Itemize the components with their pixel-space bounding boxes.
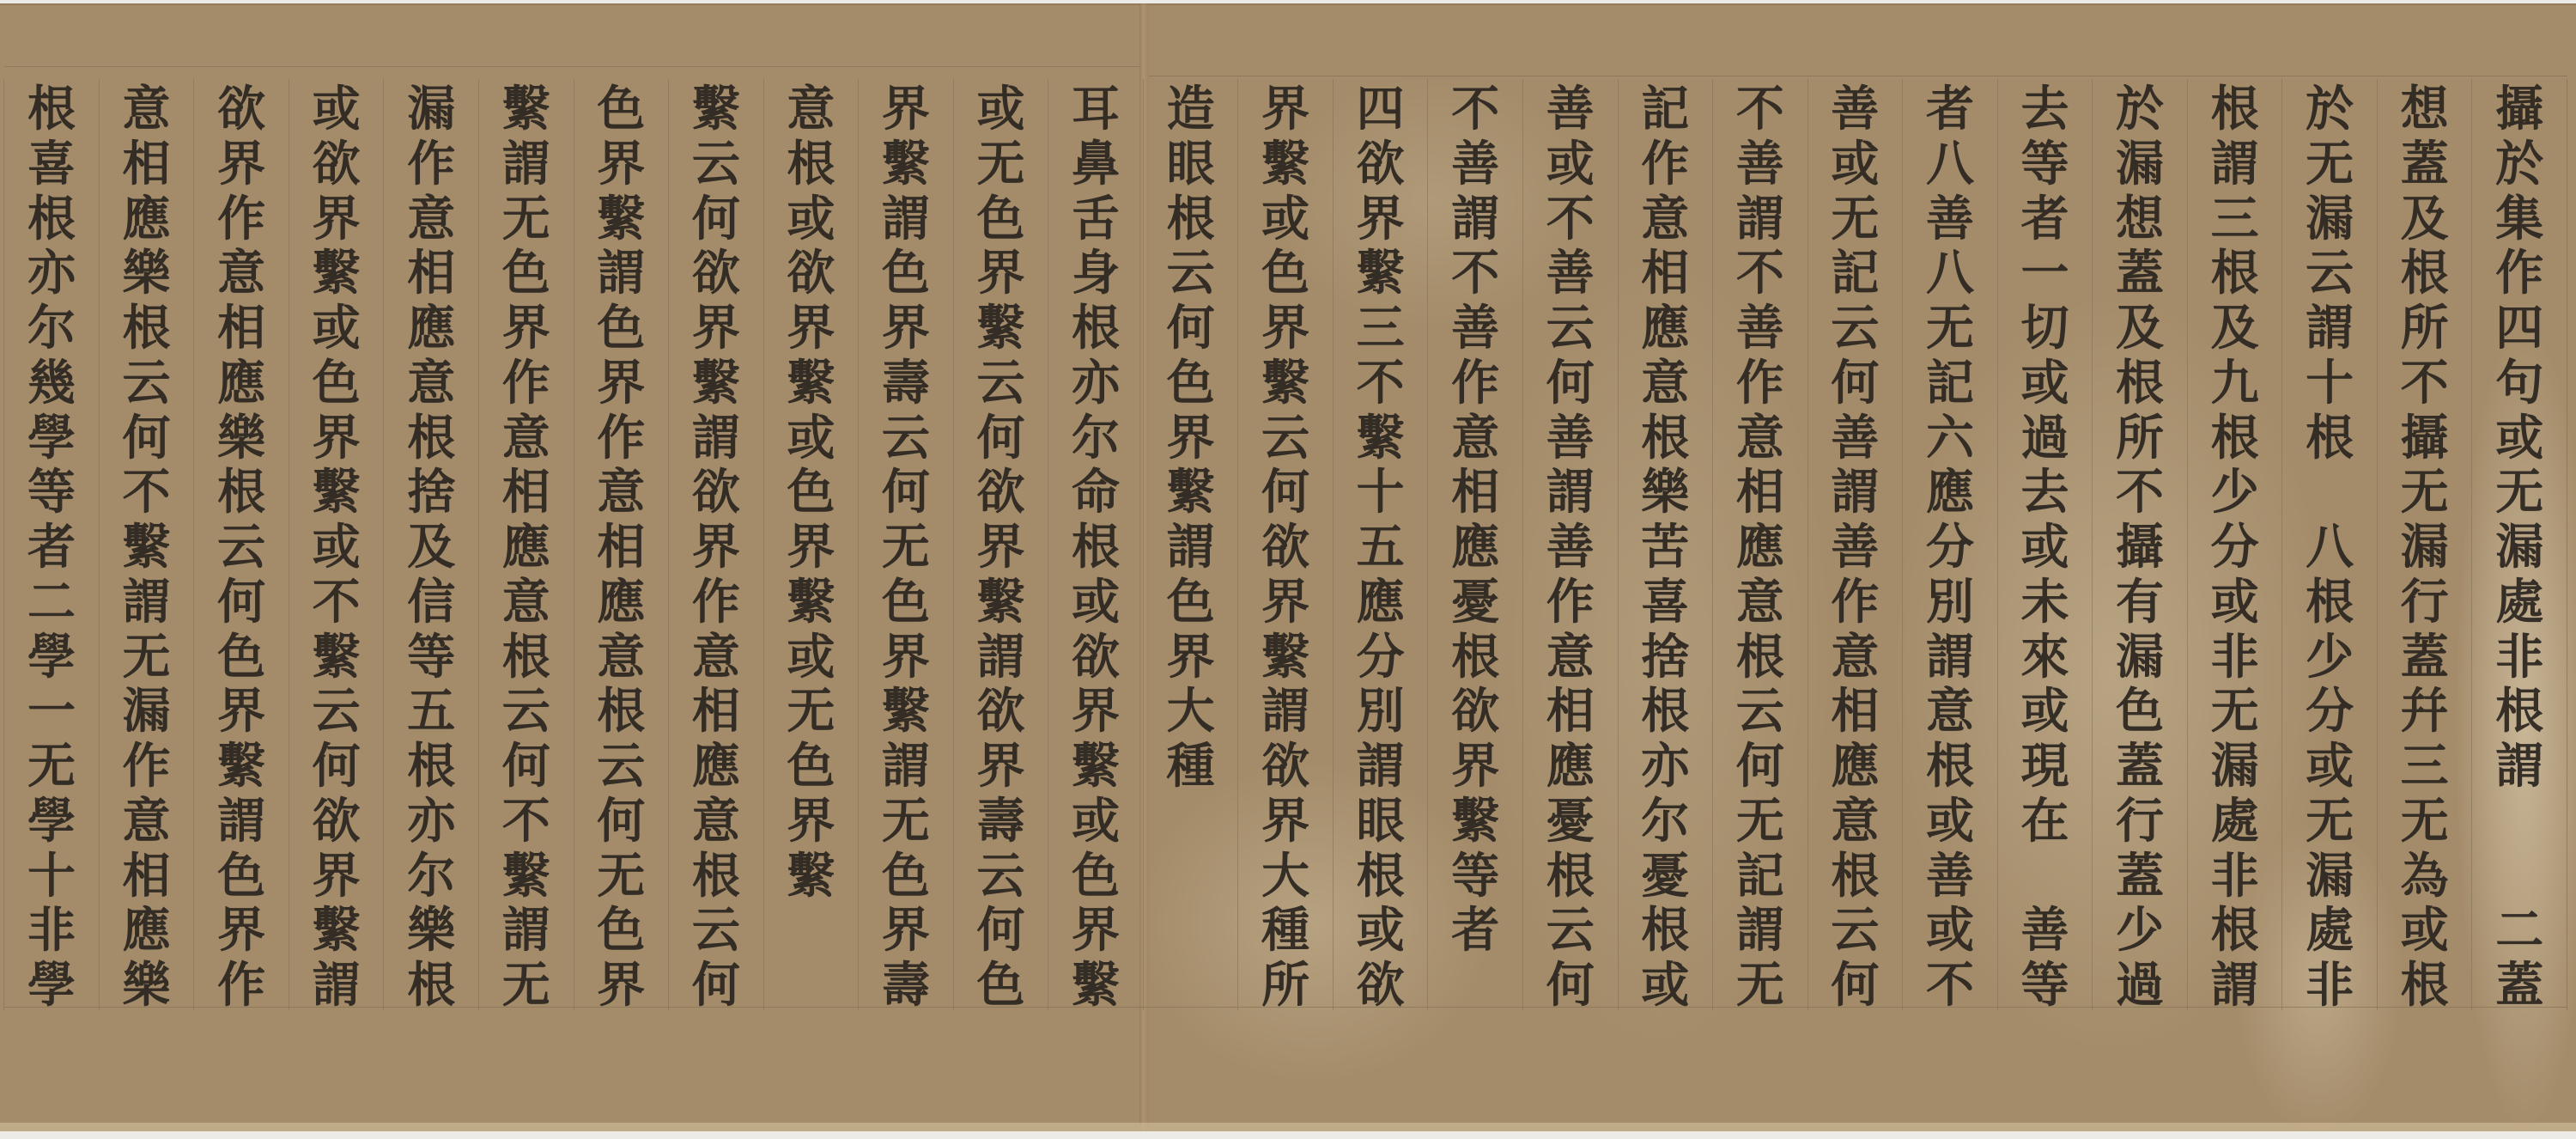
character: 及 bbox=[384, 521, 478, 576]
character: 繫 bbox=[1428, 795, 1522, 850]
column-text: 界繫謂色界壽云何无色界繫謂无色界壽 bbox=[859, 82, 953, 1014]
character: 分 bbox=[1903, 521, 1997, 576]
character: 欲 bbox=[1334, 959, 1428, 1014]
character: 何 bbox=[669, 959, 763, 1014]
character bbox=[2472, 850, 2567, 904]
character: 界 bbox=[954, 740, 1048, 795]
character: 作 bbox=[1619, 137, 1713, 192]
character: 句 bbox=[2472, 356, 2567, 411]
column-text: 漏作意相應意根捨及信等五根亦尔樂根 bbox=[384, 82, 478, 1014]
scroll-bottom-edge bbox=[0, 1123, 2576, 1131]
character: 色 bbox=[574, 82, 669, 137]
character: 界 bbox=[289, 192, 384, 247]
character: 不 bbox=[1334, 356, 1428, 411]
character: 欲 bbox=[1238, 740, 1333, 795]
character: 應 bbox=[100, 192, 194, 247]
character: 不 bbox=[1903, 959, 1997, 1014]
character: 无 bbox=[479, 192, 574, 247]
character: 根 bbox=[4, 192, 99, 247]
character: 无 bbox=[1713, 959, 1807, 1014]
character: 四 bbox=[1334, 82, 1428, 137]
character: 非 bbox=[2188, 850, 2282, 904]
text-column-15: 造眼根云何色界繫謂色界大種 bbox=[1143, 79, 1238, 1010]
column-text: 意相應樂根云何不繫謂无漏作意相應樂 bbox=[100, 82, 194, 1014]
character: 界 bbox=[1144, 411, 1238, 466]
character: 色 bbox=[289, 356, 384, 411]
character: 憂 bbox=[1428, 576, 1522, 630]
character: 謂 bbox=[1334, 740, 1428, 795]
character: 作 bbox=[100, 740, 194, 795]
character: 何 bbox=[574, 795, 669, 850]
character: 界 bbox=[479, 301, 574, 356]
character: 根 bbox=[2188, 411, 2282, 466]
character: 捨 bbox=[384, 466, 478, 521]
character: 相 bbox=[669, 685, 763, 740]
character: 根 bbox=[1619, 411, 1713, 466]
character: 謂 bbox=[954, 630, 1048, 685]
character: 一 bbox=[1998, 247, 2093, 301]
character: 无 bbox=[859, 521, 953, 576]
character: 有 bbox=[2093, 576, 2187, 630]
character: 欲 bbox=[954, 466, 1048, 521]
character: 繫 bbox=[669, 356, 763, 411]
character: 等 bbox=[4, 466, 99, 521]
text-column-4: 根謂三根及九根少分或非无漏處非根謂 bbox=[2187, 79, 2282, 1010]
character: 何 bbox=[1238, 466, 1333, 521]
text-column-9: 不善謂不善作意相應意根云何无記謂无 bbox=[1712, 79, 1807, 1010]
character: 大 bbox=[1144, 685, 1238, 740]
character: 善 bbox=[1523, 521, 1618, 576]
character: 或 bbox=[1998, 521, 2093, 576]
character: 或 bbox=[1903, 904, 1997, 959]
character: 无 bbox=[954, 137, 1048, 192]
column-text: 去等者一切或過去或未來或現在 善等 bbox=[1998, 82, 2093, 1014]
character: 分 bbox=[1334, 630, 1428, 685]
character: 色 bbox=[1238, 247, 1333, 301]
character: 繫 bbox=[859, 685, 953, 740]
manuscript-scroll: 攝於集作四句或无漏處非根謂 二蓋 想蓋及根所不攝无漏行蓋幷三无為或根 於无漏云謂… bbox=[0, 3, 2576, 1131]
character: 謂 bbox=[2188, 959, 2282, 1014]
character: 根 bbox=[2378, 247, 2472, 301]
character: 意 bbox=[1619, 356, 1713, 411]
column-text: 善或无記云何善謂善作意相應意根云何 bbox=[1808, 82, 1903, 1014]
character: 亦 bbox=[1619, 740, 1713, 795]
character: 眼 bbox=[1144, 137, 1238, 192]
character: 相 bbox=[194, 301, 289, 356]
character: 種 bbox=[1144, 740, 1238, 795]
text-column-7: 者八善八无記六應分別謂意根或善或不 bbox=[1902, 79, 1997, 1010]
character bbox=[1998, 850, 2093, 904]
character: 界 bbox=[194, 685, 289, 740]
character: 者 bbox=[1428, 904, 1522, 959]
character: 无 bbox=[574, 850, 669, 904]
text-column-25: 欲界作意相應樂根云何色界繫謂色界作 bbox=[193, 79, 289, 1010]
character: 在 bbox=[1998, 795, 2093, 850]
character: 攝 bbox=[2093, 521, 2187, 576]
character: 界 bbox=[1144, 630, 1238, 685]
character: 色 bbox=[479, 247, 574, 301]
character: 云 bbox=[1523, 904, 1618, 959]
character: 繫 bbox=[1048, 740, 1143, 795]
character: 過 bbox=[2093, 959, 2187, 1014]
character: 於 bbox=[2472, 137, 2567, 192]
character: 相 bbox=[1428, 466, 1522, 521]
character: 行 bbox=[2093, 795, 2187, 850]
character: 樂 bbox=[194, 411, 289, 466]
character: 何 bbox=[859, 466, 953, 521]
character: 謂 bbox=[1428, 192, 1522, 247]
character: 等 bbox=[1428, 850, 1522, 904]
character: 亦 bbox=[384, 795, 478, 850]
character bbox=[2282, 466, 2377, 521]
character: 應 bbox=[479, 521, 574, 576]
character: 色 bbox=[764, 740, 859, 795]
character: 善 bbox=[1808, 411, 1903, 466]
character: 謂 bbox=[1523, 466, 1618, 521]
character: 繫 bbox=[1238, 630, 1333, 685]
character: 樂 bbox=[100, 247, 194, 301]
character: 云 bbox=[479, 685, 574, 740]
character: 壽 bbox=[859, 356, 953, 411]
character: 八 bbox=[1903, 137, 1997, 192]
character: 界 bbox=[1238, 301, 1333, 356]
text-column-20: 繫云何欲界繫謂欲界作意相應意根云何 bbox=[668, 79, 763, 1010]
character: 應 bbox=[384, 301, 478, 356]
character: 界 bbox=[289, 411, 384, 466]
character: 繫 bbox=[1334, 247, 1428, 301]
character: 何 bbox=[669, 192, 763, 247]
character: 少 bbox=[2093, 904, 2187, 959]
character: 尔 bbox=[384, 850, 478, 904]
character: 界 bbox=[859, 630, 953, 685]
character: 舌 bbox=[1048, 192, 1143, 247]
column-text: 色界繫謂色界作意相應意根云何无色界 bbox=[574, 82, 669, 1014]
character: 捨 bbox=[1619, 630, 1713, 685]
text-column-17: 或无色界繫云何欲界繫謂欲界壽云何色 bbox=[953, 79, 1048, 1010]
text-column-1: 攝於集作四句或无漏處非根謂 二蓋 bbox=[2471, 79, 2567, 1010]
character: 或 bbox=[1523, 137, 1618, 192]
column-text: 想蓋及根所不攝无漏行蓋幷三无為或根 bbox=[2378, 82, 2472, 1014]
character: 三 bbox=[2378, 740, 2472, 795]
character: 蓋 bbox=[2093, 740, 2187, 795]
character: 色 bbox=[859, 576, 953, 630]
character: 種 bbox=[1238, 904, 1333, 959]
character: 過 bbox=[1998, 411, 2093, 466]
character: 身 bbox=[1048, 247, 1143, 301]
character: 意 bbox=[194, 247, 289, 301]
character: 意 bbox=[574, 630, 669, 685]
character: 色 bbox=[2093, 685, 2187, 740]
character: 謂 bbox=[479, 137, 574, 192]
character: 五 bbox=[384, 685, 478, 740]
character: 何 bbox=[1808, 356, 1903, 411]
character: 相 bbox=[1523, 685, 1618, 740]
character: 相 bbox=[100, 137, 194, 192]
character: 色 bbox=[1144, 356, 1238, 411]
character: 為 bbox=[2378, 850, 2472, 904]
text-column-16: 耳鼻舌身根亦尔命根或欲界繫或色界繫 bbox=[1048, 79, 1143, 1010]
character: 何 bbox=[194, 576, 289, 630]
character: 蓋 bbox=[2093, 850, 2187, 904]
character: 界 bbox=[764, 301, 859, 356]
character: 去 bbox=[1998, 466, 2093, 521]
character: 根 bbox=[2282, 576, 2377, 630]
character: 大 bbox=[1238, 850, 1333, 904]
character: 謂 bbox=[859, 192, 953, 247]
character: 謂 bbox=[289, 959, 384, 1014]
character: 四 bbox=[2472, 301, 2567, 356]
character: 及 bbox=[2093, 301, 2187, 356]
character: 云 bbox=[1808, 301, 1903, 356]
character: 根 bbox=[1144, 192, 1238, 247]
character: 別 bbox=[1903, 576, 1997, 630]
character: 繫 bbox=[1048, 959, 1143, 1014]
character: 色 bbox=[859, 850, 953, 904]
character: 繫 bbox=[479, 850, 574, 904]
column-text: 不善謂不善作意相應意根云何无記謂无 bbox=[1713, 82, 1807, 1014]
character: 苦 bbox=[1619, 521, 1713, 576]
character: 繫 bbox=[194, 740, 289, 795]
character: 云 bbox=[954, 356, 1048, 411]
text-column-23: 漏作意相應意根捨及信等五根亦尔樂根 bbox=[383, 79, 478, 1010]
character: 根 bbox=[1713, 630, 1807, 685]
character: 意 bbox=[1428, 411, 1522, 466]
character: 或 bbox=[289, 301, 384, 356]
character: 切 bbox=[1998, 301, 2093, 356]
top-ruling-line-left-sheet bbox=[4, 66, 1139, 67]
character: 相 bbox=[479, 466, 574, 521]
character: 應 bbox=[574, 576, 669, 630]
character: 或 bbox=[1808, 137, 1903, 192]
character: 意 bbox=[384, 356, 478, 411]
character: 非 bbox=[2472, 630, 2567, 685]
column-text: 於无漏云謂十根 八根少分或无漏處非 bbox=[2282, 82, 2377, 1014]
character: 色 bbox=[954, 192, 1048, 247]
character: 不 bbox=[2378, 356, 2472, 411]
character: 色 bbox=[954, 959, 1048, 1014]
character: 憂 bbox=[1619, 850, 1713, 904]
character: 等 bbox=[1998, 959, 2093, 1014]
character: 欲 bbox=[954, 685, 1048, 740]
character: 謂 bbox=[1808, 466, 1903, 521]
text-column-21: 色界繫謂色界作意相應意根云何无色界 bbox=[574, 79, 669, 1010]
character: 界 bbox=[954, 521, 1048, 576]
character: 繫 bbox=[1334, 411, 1428, 466]
character: 繫 bbox=[764, 576, 859, 630]
text-column-5: 於漏想蓋及根所不攝有漏色蓋行蓋少過 bbox=[2092, 79, 2187, 1010]
column-text: 欲界作意相應樂根云何色界繫謂色界作 bbox=[194, 82, 289, 1014]
column-text: 造眼根云何色界繫謂色界大種 bbox=[1144, 82, 1238, 795]
character: 繫 bbox=[954, 301, 1048, 356]
character: 欲 bbox=[194, 82, 289, 137]
character: 界 bbox=[859, 904, 953, 959]
character: 界 bbox=[669, 521, 763, 576]
character: 无 bbox=[479, 959, 574, 1014]
character: 无 bbox=[2282, 795, 2377, 850]
character: 善 bbox=[1523, 247, 1618, 301]
character: 尔 bbox=[1048, 411, 1143, 466]
character: 或 bbox=[1048, 795, 1143, 850]
character: 於 bbox=[2093, 82, 2187, 137]
text-column-18: 界繫謂色界壽云何无色界繫謂无色界壽 bbox=[858, 79, 953, 1010]
text-column-19: 意根或欲界繫或色界繫或无色界繫 bbox=[763, 79, 859, 1010]
character: 謂 bbox=[1713, 192, 1807, 247]
character: 八 bbox=[2282, 521, 2377, 576]
character: 意 bbox=[1523, 630, 1618, 685]
character: 所 bbox=[1238, 959, 1333, 1014]
column-text: 界繫或色界繫云何欲界繫謂欲界大種所 bbox=[1238, 82, 1333, 1014]
character: 集 bbox=[2472, 192, 2567, 247]
character: 想 bbox=[2378, 82, 2472, 137]
character: 繫 bbox=[669, 82, 763, 137]
character: 或 bbox=[2378, 904, 2472, 959]
character: 現 bbox=[1998, 740, 2093, 795]
character: 欲 bbox=[1048, 630, 1143, 685]
character: 意 bbox=[669, 630, 763, 685]
character: 界 bbox=[574, 356, 669, 411]
character: 意 bbox=[100, 82, 194, 137]
character: 或 bbox=[289, 521, 384, 576]
text-column-3: 於无漏云謂十根 八根少分或无漏處非 bbox=[2281, 79, 2377, 1010]
character: 色 bbox=[194, 630, 289, 685]
character: 根 bbox=[2188, 82, 2282, 137]
character: 應 bbox=[1619, 301, 1713, 356]
character: 界 bbox=[1238, 82, 1333, 137]
character: 作 bbox=[384, 137, 478, 192]
character: 界 bbox=[1238, 576, 1333, 630]
character: 善 bbox=[1903, 192, 1997, 247]
character: 界 bbox=[1428, 740, 1522, 795]
column-text: 耳鼻舌身根亦尔命根或欲界繫或色界繫 bbox=[1048, 82, 1143, 1014]
character: 作 bbox=[1713, 356, 1807, 411]
character: 未 bbox=[1998, 576, 2093, 630]
character: 繫 bbox=[1144, 466, 1238, 521]
text-column-11: 善或不善云何善謂善作意相應憂根云何 bbox=[1522, 79, 1618, 1010]
character: 處 bbox=[2282, 904, 2377, 959]
character: 應 bbox=[1334, 576, 1428, 630]
character: 界 bbox=[194, 137, 289, 192]
character: 何 bbox=[1144, 301, 1238, 356]
character: 根 bbox=[1523, 850, 1618, 904]
character: 色 bbox=[764, 466, 859, 521]
character: 喜 bbox=[1619, 576, 1713, 630]
text-column-2: 想蓋及根所不攝无漏行蓋幷三无為或根 bbox=[2377, 79, 2472, 1010]
character: 記 bbox=[1808, 247, 1903, 301]
character: 何 bbox=[1713, 740, 1807, 795]
character: 謂 bbox=[100, 576, 194, 630]
character: 記 bbox=[1619, 82, 1713, 137]
character: 亦 bbox=[1048, 356, 1143, 411]
character: 作 bbox=[1523, 576, 1618, 630]
character: 或 bbox=[1998, 685, 2093, 740]
character: 意 bbox=[1808, 630, 1903, 685]
character: 界 bbox=[669, 301, 763, 356]
character: 應 bbox=[1713, 521, 1807, 576]
character: 根 bbox=[194, 466, 289, 521]
character: 相 bbox=[1808, 685, 1903, 740]
character: 非 bbox=[2282, 959, 2377, 1014]
character: 根 bbox=[2282, 411, 2377, 466]
character: 學 bbox=[4, 411, 99, 466]
character: 意 bbox=[764, 82, 859, 137]
character: 繫 bbox=[479, 82, 574, 137]
character: 相 bbox=[1619, 247, 1713, 301]
character: 應 bbox=[100, 904, 194, 959]
character bbox=[2472, 795, 2567, 850]
character: 謂 bbox=[1144, 521, 1238, 576]
character: 云 bbox=[1808, 904, 1903, 959]
character: 二 bbox=[4, 576, 99, 630]
character: 信 bbox=[384, 576, 478, 630]
character: 善 bbox=[1428, 137, 1522, 192]
text-column-10: 記作意相應意根樂苦喜捨根亦尔憂根或 bbox=[1618, 79, 1713, 1010]
character: 作 bbox=[479, 356, 574, 411]
character: 繫 bbox=[1238, 137, 1333, 192]
character: 應 bbox=[1428, 521, 1522, 576]
character: 不 bbox=[1428, 247, 1522, 301]
character: 界 bbox=[574, 137, 669, 192]
character: 相 bbox=[384, 247, 478, 301]
character: 欲 bbox=[289, 137, 384, 192]
character: 不 bbox=[289, 576, 384, 630]
character: 幾 bbox=[4, 356, 99, 411]
character: 非 bbox=[4, 904, 99, 959]
character: 或 bbox=[1619, 959, 1713, 1014]
character: 或 bbox=[2282, 740, 2377, 795]
text-column-8: 善或无記云何善謂善作意相應意根云何 bbox=[1807, 79, 1903, 1010]
character: 何 bbox=[1808, 959, 1903, 1014]
character: 云 bbox=[194, 521, 289, 576]
column-text: 不善謂不善作意相應憂根欲界繫等者 bbox=[1428, 82, 1522, 959]
character: 欲 bbox=[1334, 137, 1428, 192]
character: 謂 bbox=[669, 411, 763, 466]
character: 或 bbox=[1334, 904, 1428, 959]
character: 漏 bbox=[384, 82, 478, 137]
character: 漏 bbox=[2378, 521, 2472, 576]
column-text: 繫謂无色界作意相應意根云何不繫謂无 bbox=[479, 82, 574, 1014]
character: 非 bbox=[2188, 630, 2282, 685]
text-column-22: 繫謂无色界作意相應意根云何不繫謂无 bbox=[478, 79, 574, 1010]
character: 不 bbox=[1713, 247, 1807, 301]
character: 界 bbox=[1048, 904, 1143, 959]
character: 學 bbox=[4, 959, 99, 1014]
character: 根 bbox=[2472, 685, 2567, 740]
character: 十 bbox=[1334, 466, 1428, 521]
character: 作 bbox=[1808, 576, 1903, 630]
character: 云 bbox=[1238, 411, 1333, 466]
character: 根 bbox=[100, 301, 194, 356]
character: 或 bbox=[1238, 192, 1333, 247]
column-text: 意根或欲界繫或色界繫或无色界繫 bbox=[764, 82, 859, 904]
character: 无 bbox=[1903, 301, 1997, 356]
character: 色 bbox=[1144, 576, 1238, 630]
text-column-14: 界繫或色界繫云何欲界繫謂欲界大種所 bbox=[1237, 79, 1333, 1010]
character: 亦 bbox=[4, 247, 99, 301]
character: 根 bbox=[384, 411, 478, 466]
character: 根 bbox=[574, 685, 669, 740]
character: 及 bbox=[2188, 301, 2282, 356]
text-column-6: 去等者一切或過去或未來或現在 善等 bbox=[1997, 79, 2093, 1010]
text-column-12: 不善謂不善作意相應憂根欲界繫等者 bbox=[1427, 79, 1522, 1010]
character: 繫 bbox=[764, 850, 859, 904]
character: 根 bbox=[384, 740, 478, 795]
character: 意 bbox=[479, 411, 574, 466]
character: 根 bbox=[2188, 904, 2282, 959]
character: 應 bbox=[669, 740, 763, 795]
character: 根 bbox=[1428, 630, 1522, 685]
character: 界 bbox=[1238, 795, 1333, 850]
character: 不 bbox=[479, 795, 574, 850]
